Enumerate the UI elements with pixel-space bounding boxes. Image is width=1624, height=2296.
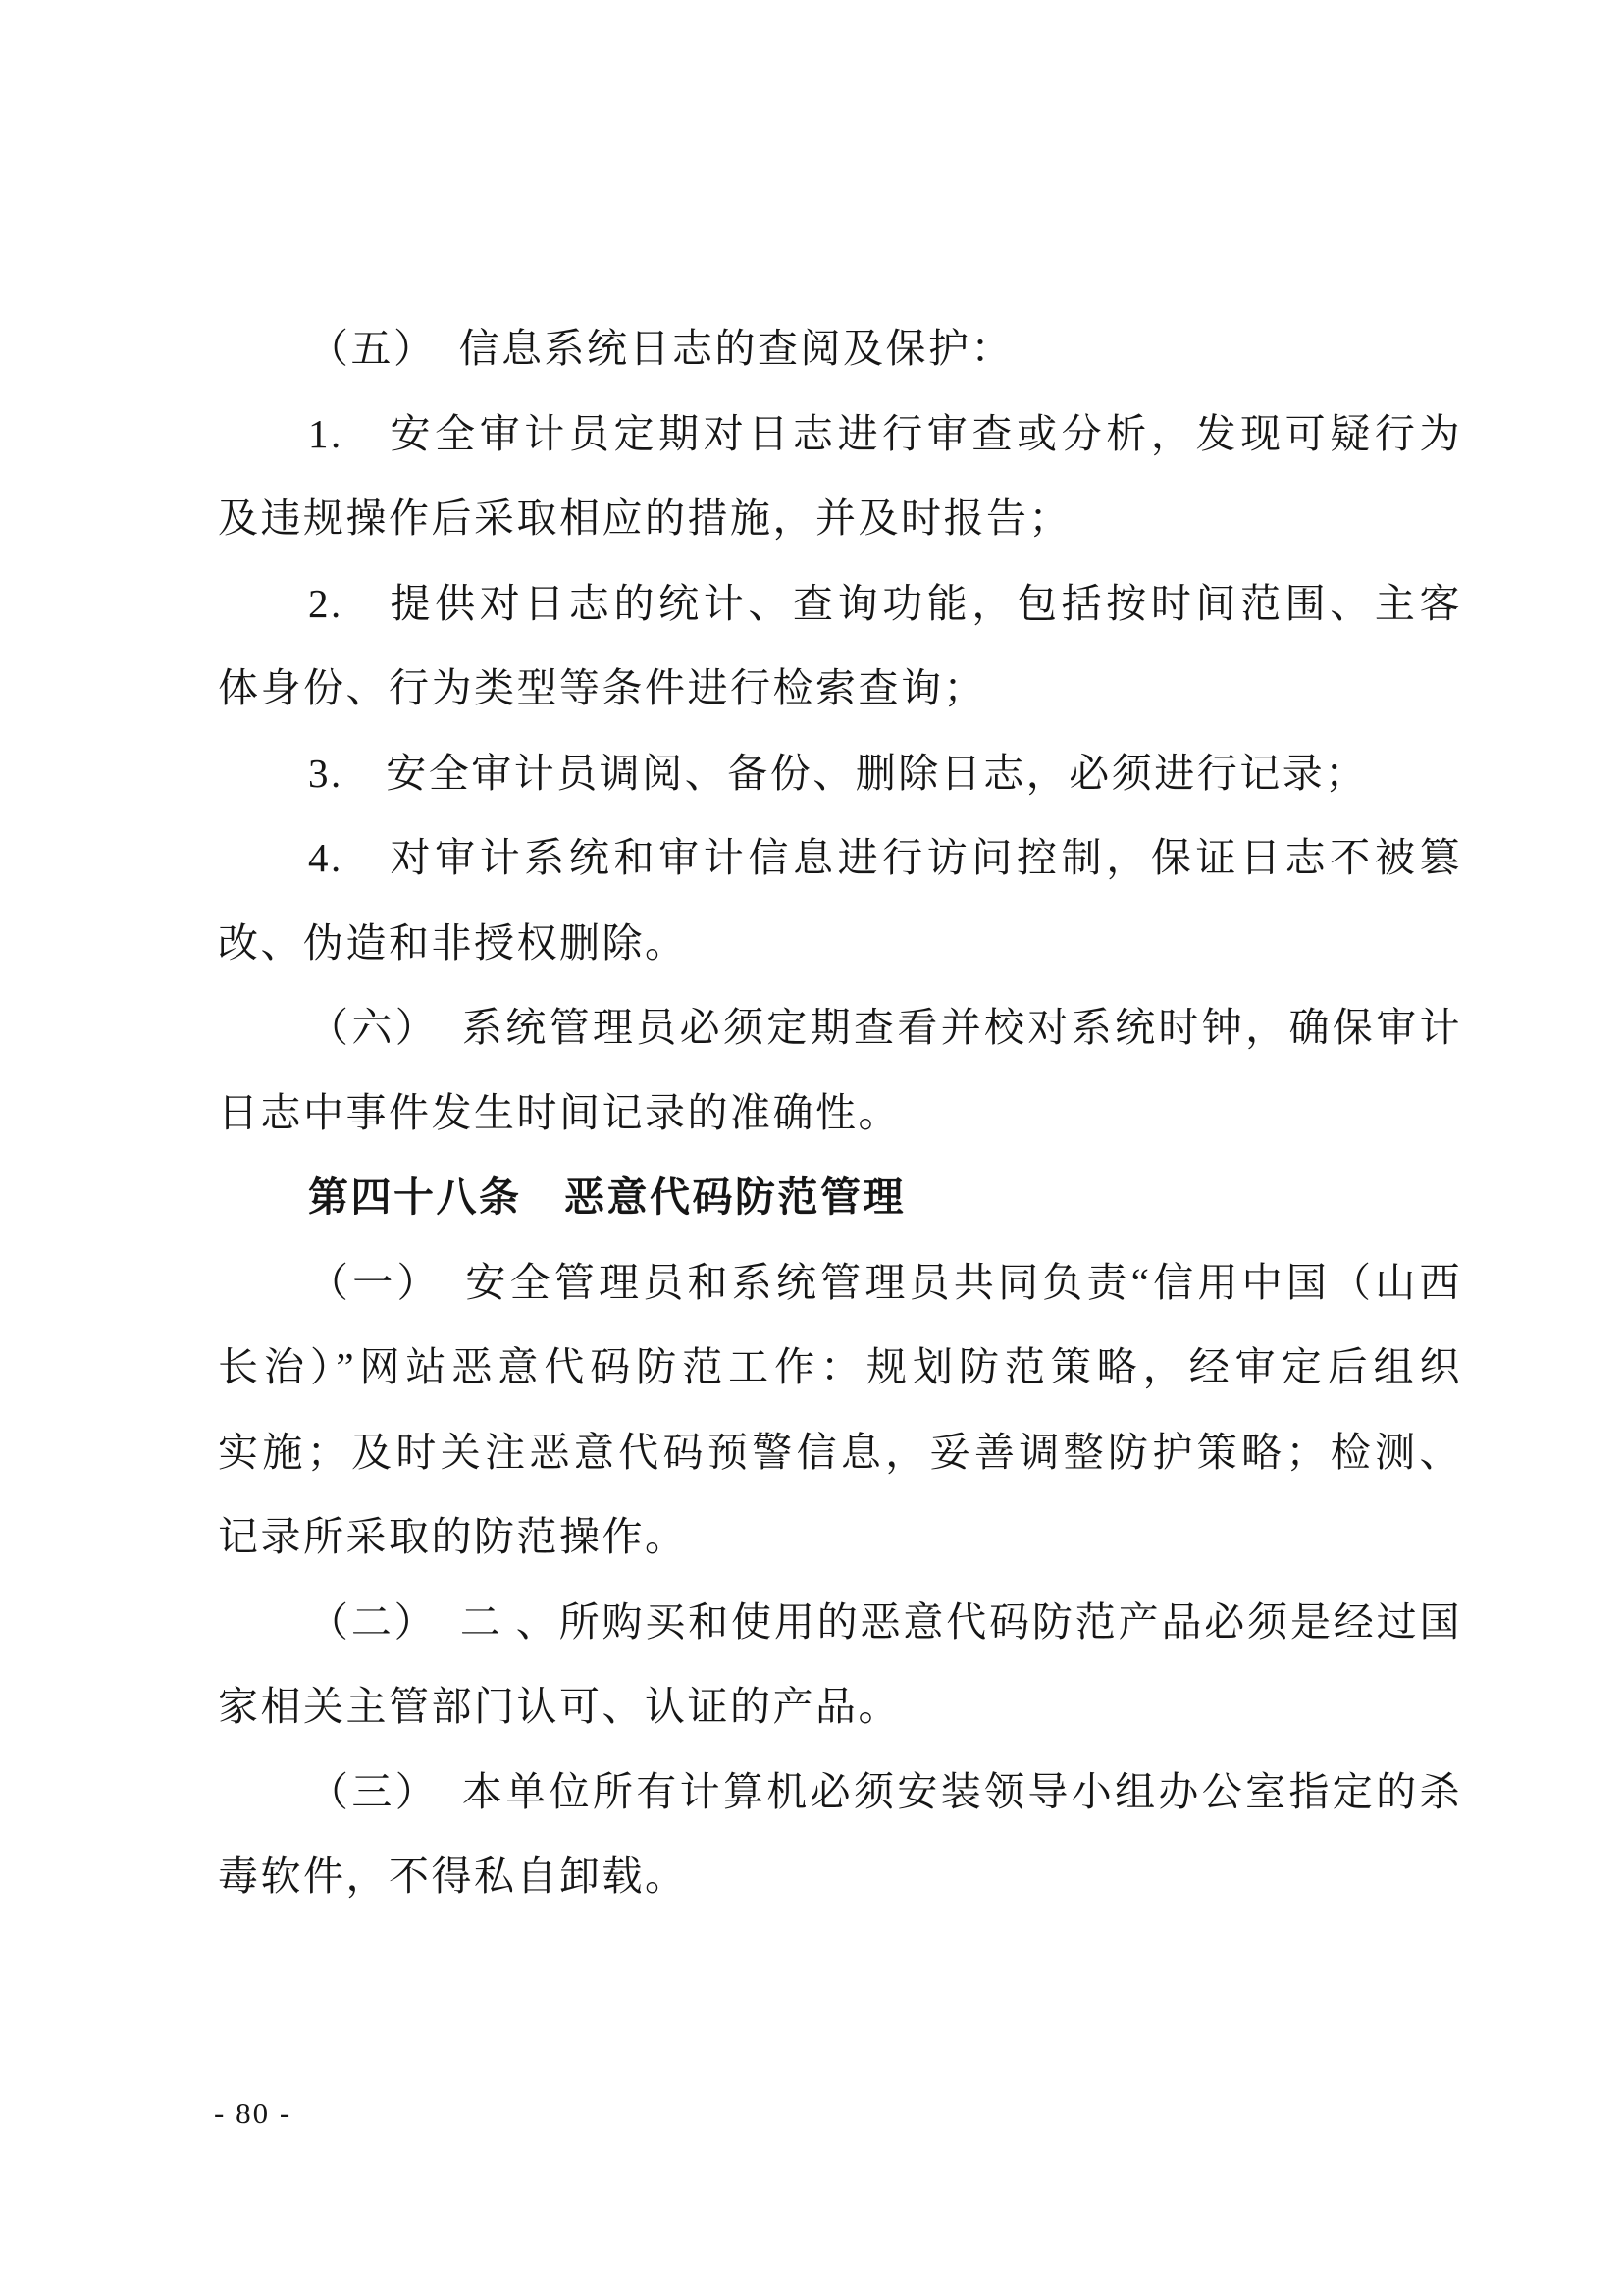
text-line: 家相关主管部门认可、认证的产品。 bbox=[218, 1664, 1462, 1749]
text-line: （五） 信息系统日志的查阅及保护： bbox=[218, 306, 1462, 391]
page-number: - 80 - bbox=[214, 2096, 291, 2131]
text-line: 1. 安全审计员定期对日志进行审查或分析，发现可疑行为 bbox=[218, 391, 1462, 477]
text-line: 毒软件，不得私自卸载。 bbox=[218, 1834, 1462, 1919]
text-line: （二） 二 、所购买和使用的恶意代码防范产品必须是经过国 bbox=[218, 1580, 1462, 1665]
text-line: 实施；及时关注恶意代码预警信息，妥善调整防护策略；检测、 bbox=[218, 1410, 1462, 1495]
text-line: 2. 提供对日志的统计、查询功能，包括按时间范围、主客 bbox=[218, 561, 1462, 647]
text-line: （一） 安全管理员和系统管理员共同负责“信用中国（山西 bbox=[218, 1240, 1462, 1326]
document-body: （五） 信息系统日志的查阅及保护：1. 安全审计员定期对日志进行审查或分析，发现… bbox=[218, 306, 1462, 1919]
text-line: 第四十八条 恶意代码防范管理 bbox=[218, 1155, 1462, 1240]
text-line: 3. 安全审计员调阅、备份、删除日志，必须进行记录； bbox=[218, 731, 1462, 816]
text-line: 日志中事件发生时间记录的准确性。 bbox=[218, 1070, 1462, 1156]
text-line: 4. 对审计系统和审计信息进行访问控制，保证日志不被篡 bbox=[218, 815, 1462, 901]
text-line: （三） 本单位所有计算机必须安装领导小组办公室指定的杀 bbox=[218, 1749, 1462, 1835]
text-line: （六） 系统管理员必须定期查看并校对系统时钟，确保审计 bbox=[218, 985, 1462, 1070]
text-line: 长治）”网站恶意代码防范工作：规划防范策略，经审定后组织 bbox=[218, 1325, 1462, 1410]
document-page: （五） 信息系统日志的查阅及保护：1. 安全审计员定期对日志进行审查或分析，发现… bbox=[0, 0, 1624, 2296]
text-line: 记录所采取的防范操作。 bbox=[218, 1494, 1462, 1580]
text-line: 体身份、行为类型等条件进行检索查询； bbox=[218, 646, 1462, 731]
text-line: 改、伪造和非授权删除。 bbox=[218, 901, 1462, 986]
text-line: 及违规操作后采取相应的措施，并及时报告； bbox=[218, 476, 1462, 561]
